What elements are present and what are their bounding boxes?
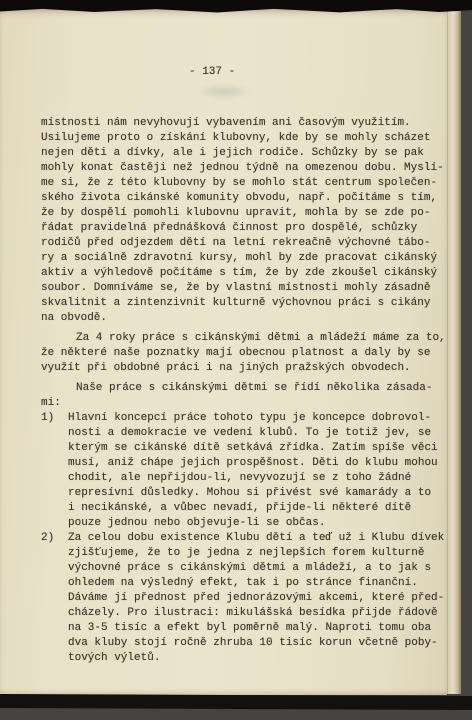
list-item: 1) Hlavní koncepcí práce tohoto typu je … <box>41 411 447 531</box>
paragraph: Naše práce s cikánskými dětmi se řídí ně… <box>41 381 447 411</box>
book-scan: - 137 - místnosti nám nevyhovují vybaven… <box>0 0 472 720</box>
document-page: - 137 - místnosti nám nevyhovují vybaven… <box>0 8 447 695</box>
list-item-marker: 2) <box>41 531 68 666</box>
page-content: - 137 - místnosti nám nevyhovují vybaven… <box>41 65 447 666</box>
page-stack-edge <box>447 11 461 694</box>
paragraph-continuation: místnosti nám nevyhovují vybavením ani č… <box>41 116 447 326</box>
list-item-text: Za celou dobu existence Klubu dětí a teď… <box>68 531 447 666</box>
paragraph: Za 4 roky práce s cikánskými dětmi a mlá… <box>41 331 447 376</box>
list-item-marker: 1) <box>41 411 68 531</box>
page-number: - 137 - <box>189 65 447 80</box>
list-item-text: Hlavní koncepcí práce tohoto typu je kon… <box>68 411 447 531</box>
list-item: 2) Za celou dobu existence Klubu dětí a … <box>41 531 447 666</box>
scan-bottom-edge <box>0 694 472 710</box>
